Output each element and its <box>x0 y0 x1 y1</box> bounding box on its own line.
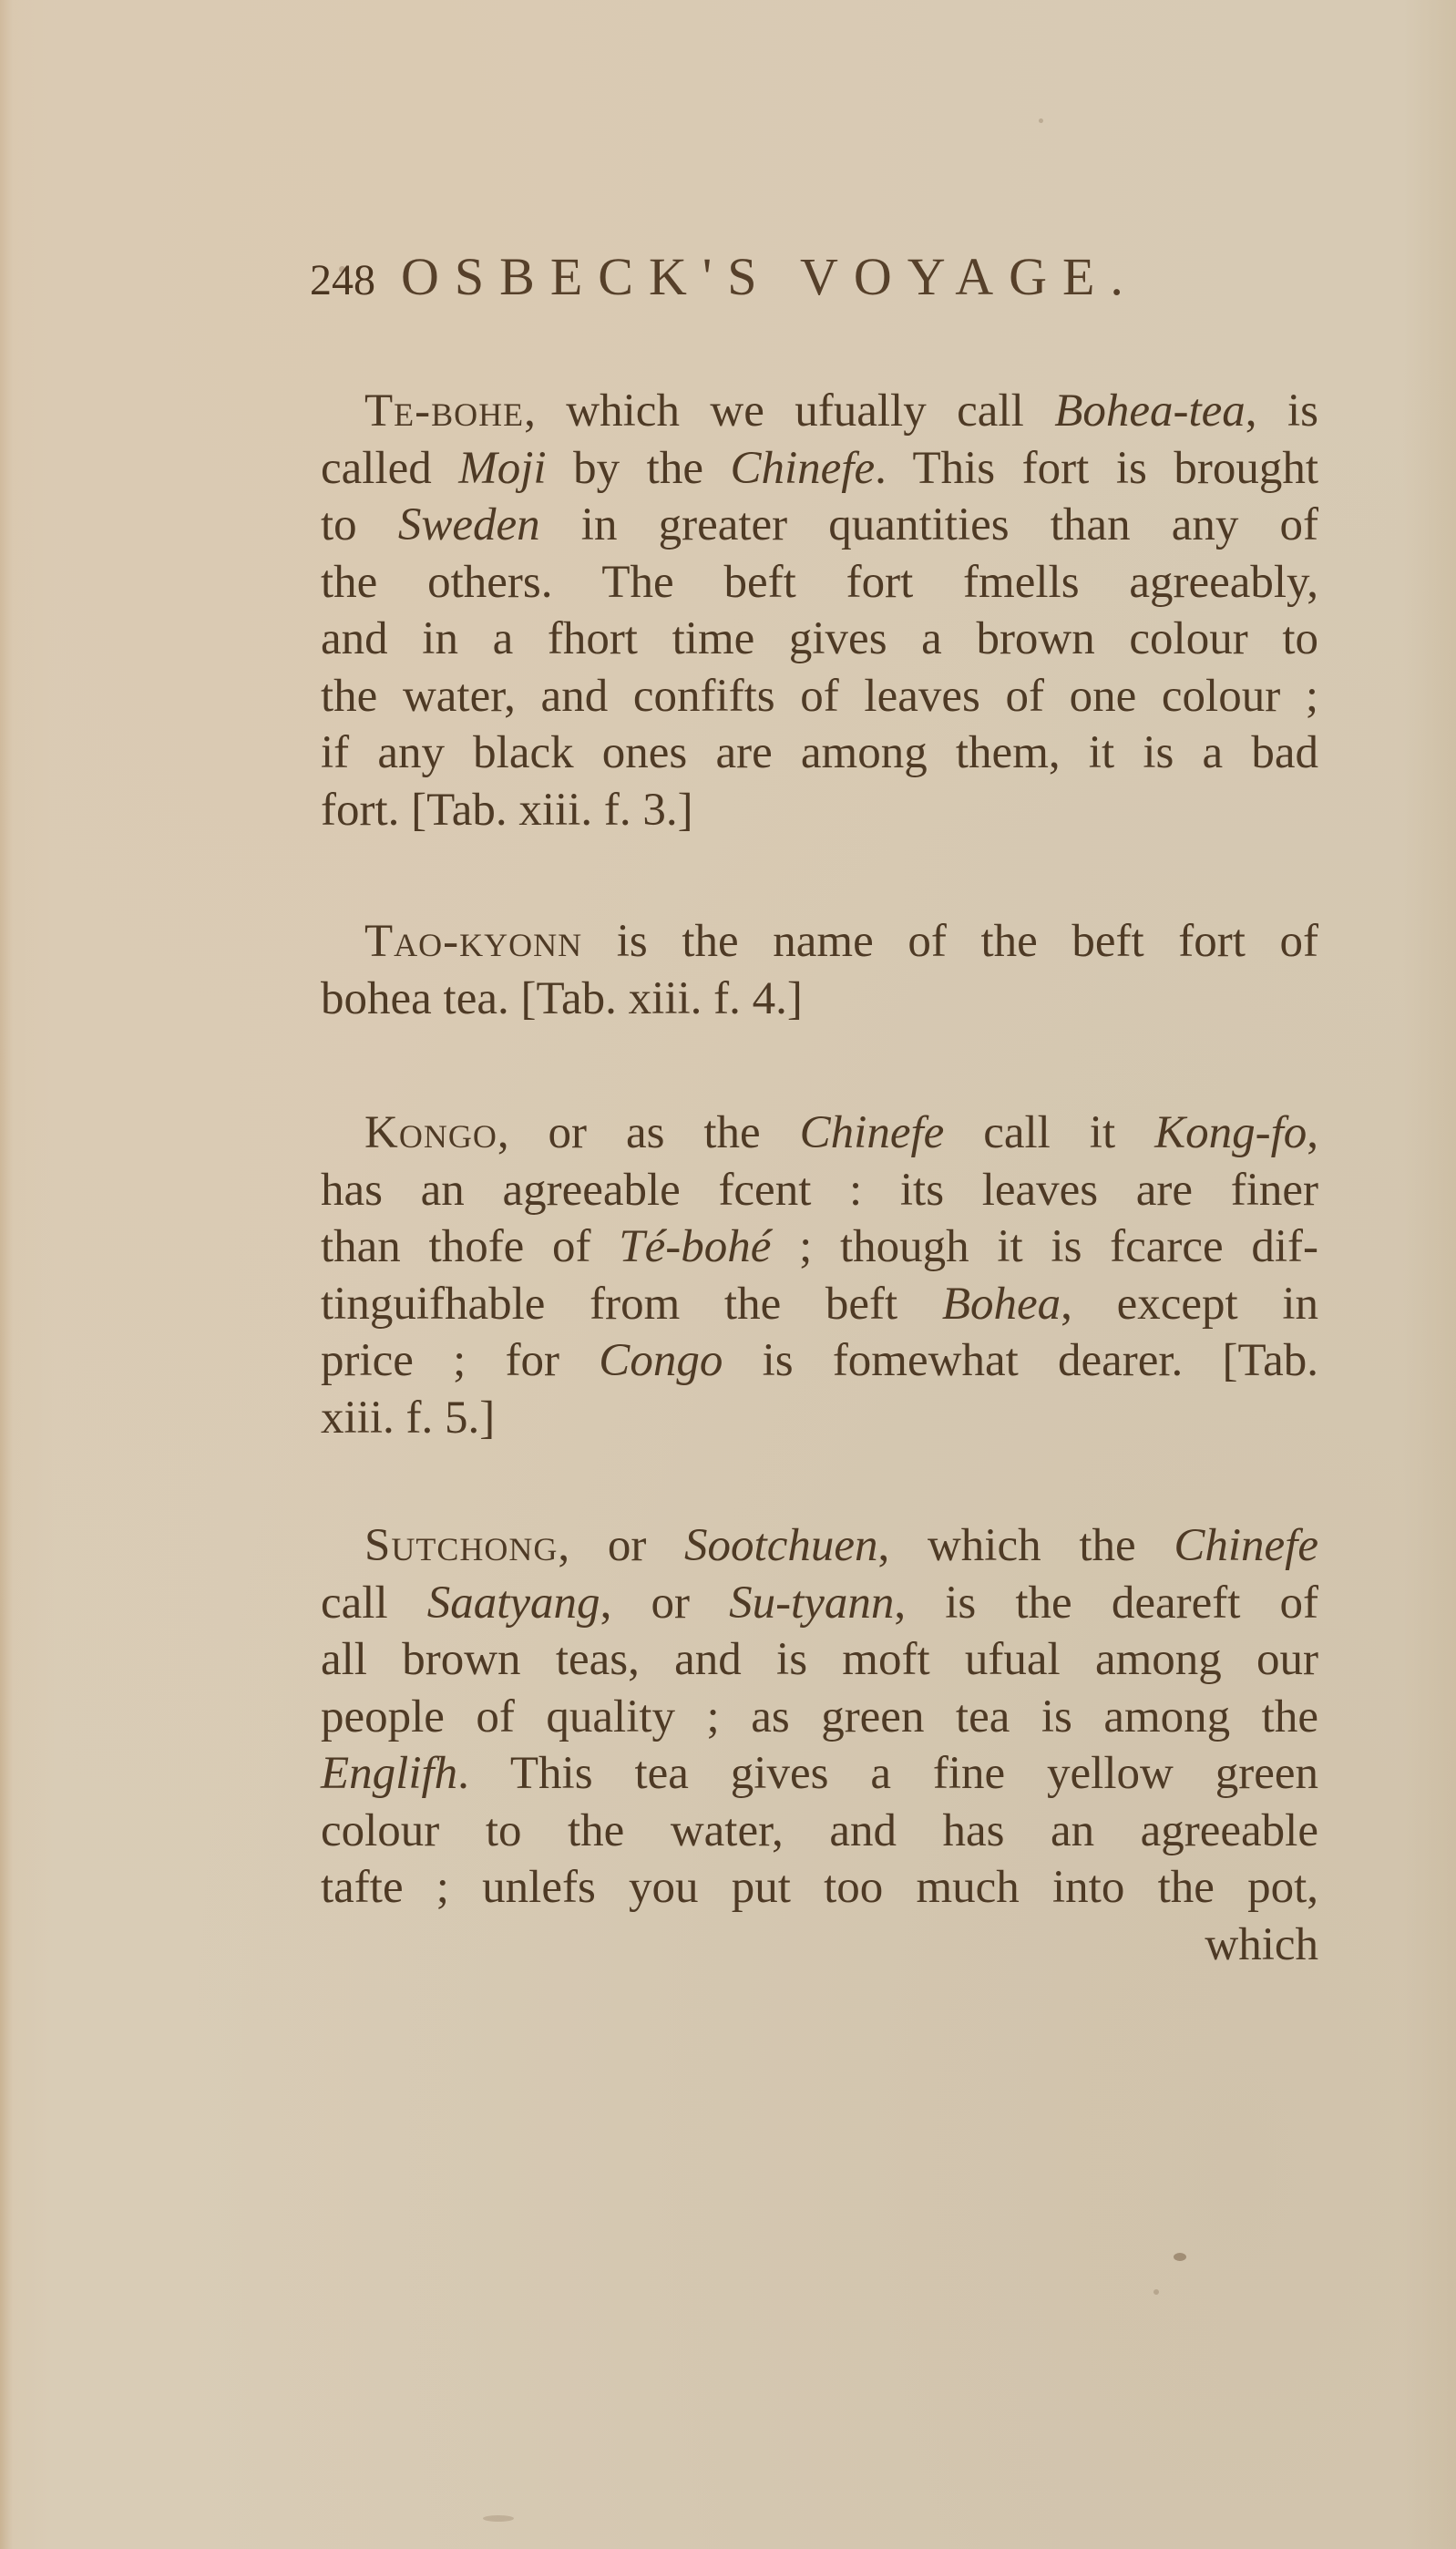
text-line: if any black ones are among them, it is … <box>321 725 1318 782</box>
text-line: fort. [Tab. xiii. f. 3.] <box>321 782 1318 839</box>
italic-term: Su-tyann <box>729 1578 894 1629</box>
text-line: called Moji by the Chinefe. This fort is… <box>321 440 1318 498</box>
italic-term: Sootchuen <box>684 1520 877 1571</box>
italic-term: Chinefe <box>1174 1520 1318 1571</box>
italic-term: Bohea-tea <box>1054 385 1246 437</box>
text-line: xiii. f. 5.] <box>321 1390 1318 1447</box>
text-line: Te-bohe, which we ufually call Bohea-tea… <box>321 383 1318 440</box>
text-run: bohea tea. [Tab. xiii. f. 4.] <box>321 973 803 1024</box>
paper-speck <box>1154 2289 1159 2295</box>
text-run: , is <box>1246 385 1318 437</box>
text-run: in greater quantities than any of <box>540 499 1318 550</box>
text-run: all brown teas, and is moft ufual among … <box>321 1634 1318 1685</box>
text-line: tinguifhable from the beft Bohea, except… <box>321 1276 1318 1333</box>
book-page: 248 OSBECK'S VOYAGE. Te-bohe, which we u… <box>0 0 1456 2549</box>
text-run: fort. [Tab. xiii. f. 3.] <box>321 785 693 836</box>
text-run: colour to the water, and has an agreeabl… <box>321 1805 1318 1856</box>
text-line: Sutchong, or Sootchuen, which the Chinef… <box>321 1517 1318 1575</box>
entry-heading: Sutchong <box>364 1520 558 1571</box>
text-run: tafte ; unlefs you put too much into the… <box>321 1862 1318 1913</box>
text-run: , or <box>600 1578 730 1629</box>
paragraph-te-bohe: Te-bohe, which we ufually call Bohea-tea… <box>321 383 1318 838</box>
text-run: is the name of the beft fort of <box>582 916 1318 967</box>
text-run: is fomewhat dearer. [Tab. <box>723 1335 1318 1386</box>
paragraph-tao-kyonn: Tao-kyonn is the name of the beft fort o… <box>321 913 1318 1027</box>
text-line: Englifh. This tea gives a fine yellow gr… <box>321 1745 1318 1803</box>
italic-term: Kong-fo <box>1154 1107 1307 1158</box>
text-line: the water, and confifts of leaves of one… <box>321 668 1318 725</box>
paper-speck <box>483 2515 514 2522</box>
running-head: 248 OSBECK'S VOYAGE. <box>310 246 1312 319</box>
text-line: and in a fhort time gives a brown colour… <box>321 611 1318 668</box>
text-run: . This fort is brought <box>875 443 1318 494</box>
text-line: all brown teas, and is moft ufual among … <box>321 1631 1318 1689</box>
book-title: OSBECK'S VOYAGE. <box>401 246 1139 307</box>
text-run: xiii. f. 5.] <box>321 1393 495 1444</box>
text-run: people of quality ; as green tea is amon… <box>321 1691 1318 1742</box>
text-run: than thofe of <box>321 1221 619 1272</box>
text-run: has an agreeable fcent : its leaves are … <box>321 1165 1318 1216</box>
paragraph-kongo: Kongo, or as the Chinefe call it Kong-fo… <box>321 1105 1318 1446</box>
text-run: price ; for <box>321 1335 599 1386</box>
entry-heading: Kongo <box>364 1107 497 1158</box>
italic-term: Moji <box>458 443 546 494</box>
italic-term: Bohea <box>942 1279 1061 1330</box>
paper-speck <box>1039 118 1043 123</box>
text-run: , or as the <box>497 1107 800 1158</box>
text-line: Tao-kyonn is the name of the beft fort o… <box>321 913 1318 971</box>
text-run: . This tea gives a fine yellow green <box>457 1748 1318 1799</box>
text-run: called <box>321 443 458 494</box>
text-run: by the <box>547 443 731 494</box>
entry-heading: Tao-kyonn <box>364 916 582 967</box>
italic-term: Saatyang <box>427 1578 600 1629</box>
italic-term: Té-bohé <box>619 1221 771 1272</box>
catchword: which <box>321 1917 1318 1974</box>
text-line: than thofe of Té-bohé ; though it is fca… <box>321 1218 1318 1276</box>
text-run: , which the <box>878 1520 1174 1571</box>
text-run: tinguifhable from the beft <box>321 1279 942 1330</box>
text-run: , <box>1307 1107 1318 1158</box>
text-line: to Sweden in greater quantities than any… <box>321 497 1318 554</box>
text-line: colour to the water, and has an agreeabl… <box>321 1803 1318 1860</box>
text-line: price ; for Congo is fomewhat dearer. [T… <box>321 1332 1318 1390</box>
text-run: and in a fhort time gives a brown colour… <box>321 613 1318 664</box>
text-run: , is the deareft of <box>894 1578 1318 1629</box>
page-number: 248 <box>310 255 375 305</box>
text-run: call <box>321 1578 427 1629</box>
text-line: call Saatyang, or Su-tyann, is the deare… <box>321 1575 1318 1632</box>
text-run: , or <box>558 1520 684 1571</box>
text-run: to <box>321 499 398 550</box>
body-text: Te-bohe, which we ufually call Bohea-tea… <box>321 383 1318 1973</box>
italic-term: Chinefe <box>730 443 875 494</box>
text-run: the others. The beft fort fmells agreeab… <box>321 557 1318 608</box>
italic-term: Chinefe <box>800 1107 945 1158</box>
italic-term: Englifh <box>321 1748 457 1799</box>
text-line: Kongo, or as the Chinefe call it Kong-fo… <box>321 1105 1318 1162</box>
text-line: people of quality ; as green tea is amon… <box>321 1689 1318 1746</box>
paper-speck <box>1174 2253 1186 2261</box>
text-line: bohea tea. [Tab. xiii. f. 4.] <box>321 971 1318 1028</box>
paragraph-sutchong: Sutchong, or Sootchuen, which the Chinef… <box>321 1517 1318 1917</box>
text-line: has an agreeable fcent : its leaves are … <box>321 1162 1318 1219</box>
italic-term: Sweden <box>398 499 540 550</box>
text-run: , except in <box>1061 1279 1318 1330</box>
entry-heading: Te-bohe <box>364 385 524 437</box>
text-run: if any black ones are among them, it is … <box>321 727 1318 778</box>
text-line: tafte ; unlefs you put too much into the… <box>321 1859 1318 1917</box>
text-run: call it <box>944 1107 1154 1158</box>
text-run: the water, and confifts of leaves of one… <box>321 671 1318 722</box>
text-run: , which we ufually call <box>524 385 1054 437</box>
text-run: ; though it is fcarce dif- <box>771 1221 1318 1272</box>
italic-term: Congo <box>599 1335 723 1386</box>
text-line: the others. The beft fort fmells agreeab… <box>321 554 1318 612</box>
